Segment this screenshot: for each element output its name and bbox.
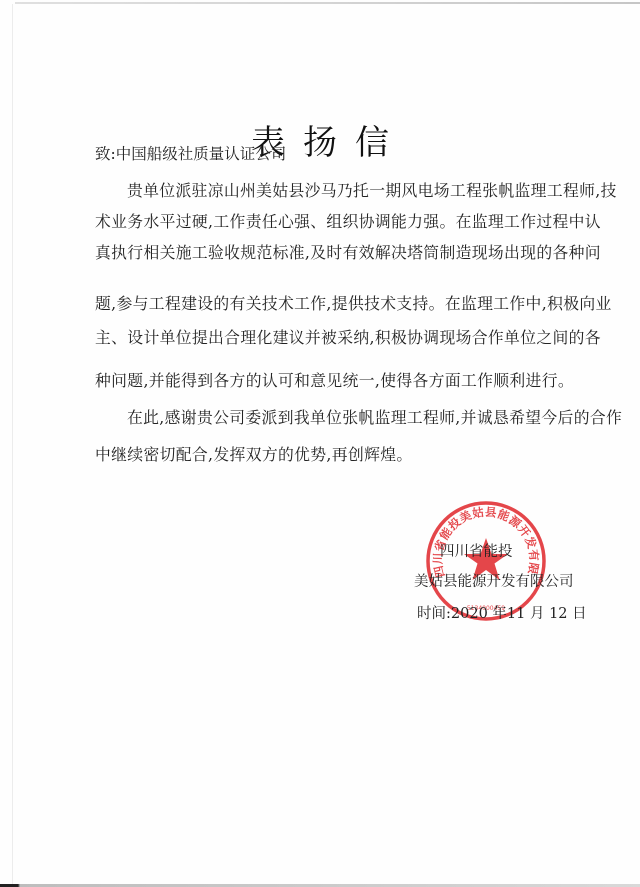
paragraph-1-line-6: 种问题,并能得到各方的认可和意见统一,使得各方面工作顺利进行。	[95, 368, 574, 391]
paragraph-1-line-4: 题,参与工程建设的有关技术工作,提供技术支持。在监理工作中,积极向业	[95, 291, 612, 314]
signature-date: 时间:2020 年11 月 12 日	[417, 602, 587, 623]
salutation: 致:中国船级社质量认证公司	[95, 142, 286, 164]
signature-org-line-2: 美姑县能源开发有限公司	[414, 570, 574, 591]
date-label: 时间:	[417, 606, 451, 622]
paragraph-1-line-5: 主、设计单位提出合理化建议并被采纳,积极协调现场合作单位之间的各	[95, 325, 601, 348]
paragraph-1-line-1: 贵单位派驻凉山州美姑县沙马乃托一期风电场工程张帆监理工程师,技	[127, 178, 617, 201]
paragraph-1-line-2: 术业务水平过硬,工作责任心强、组织协调能力强。在监理工作过程中认	[95, 209, 601, 232]
date-value: 2020 年11 月 12 日	[451, 606, 587, 622]
signature-org-line-1: 四川省能投	[440, 540, 513, 561]
paragraph-1-line-3: 真执行相关施工验收规范标准,及时有效解决塔筒制造现场出现的各种问	[95, 240, 601, 263]
paragraph-2-line-1: 在此,感谢贵公司委派到我单位张帆监理工程师,并诚恳希望今后的合作	[127, 405, 622, 428]
letter-page: 表扬信 致:中国船级社质量认证公司 贵单位派驻凉山州美姑县沙马乃托一期风电场工程…	[0, 0, 640, 887]
scan-edge-top	[15, 2, 640, 4]
paragraph-2-line-2: 中继续密切配合,发挥双方的优势,再创辉煌。	[95, 442, 413, 465]
